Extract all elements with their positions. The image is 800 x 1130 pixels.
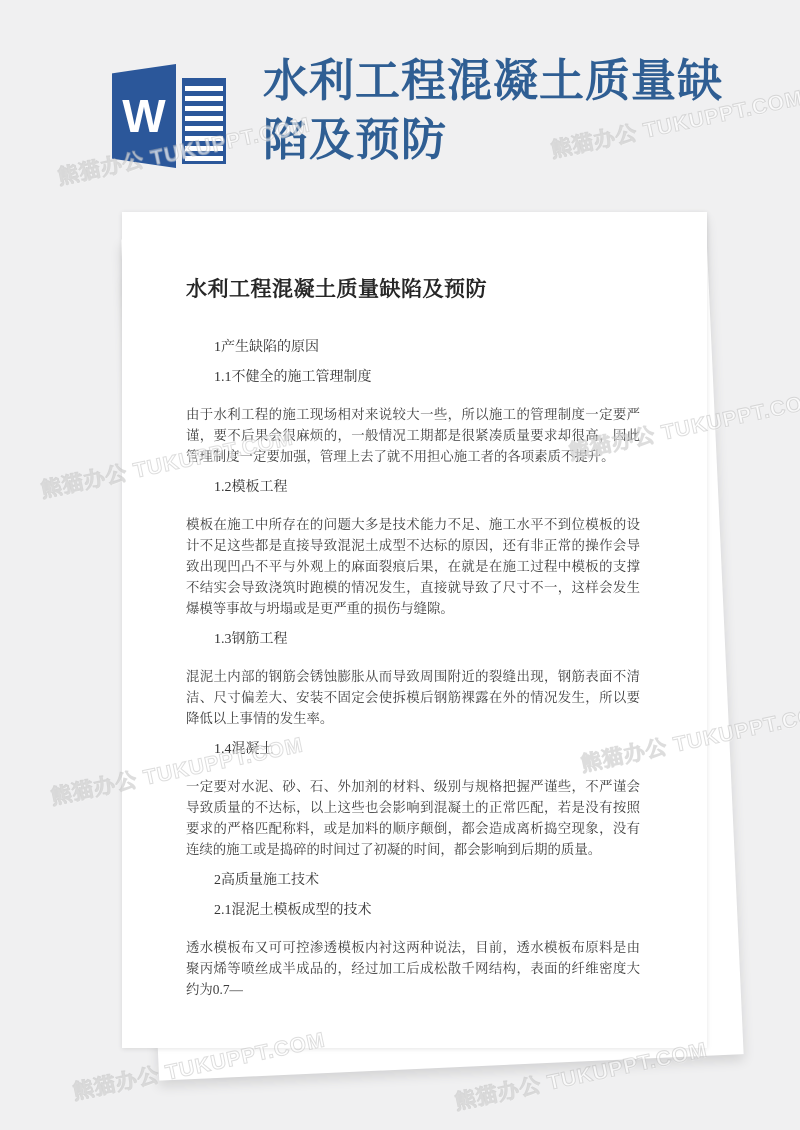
file-title: 水利工程混凝土质量缺陷及预防	[263, 52, 741, 170]
doc-heading: 1.2模板工程	[186, 478, 640, 498]
doc-paragraph: 由于水利工程的施工现场相对来说较大一些，所以施工的管理制度一定要严谨，要不后果会…	[186, 404, 640, 467]
doc-paragraph: 一定要对水泥、砂、石、外加剂的材料、级别与规格把握严谨些，不严谨会导致质量的不达…	[186, 776, 640, 860]
doc-heading: 2高质量施工技术	[186, 871, 640, 891]
doc-heading: 1.3钢筋工程	[186, 630, 640, 650]
doc-title: 水利工程混凝土质量缺陷及预防	[186, 274, 640, 304]
word-icon-letter: W	[122, 93, 165, 139]
word-icon-document-lines	[182, 78, 226, 164]
word-file-icon: W	[112, 62, 224, 170]
doc-heading: 2.1混泥土模板成型的技术	[186, 901, 640, 921]
doc-paragraph: 混泥土内部的钢筋会锈蚀膨胀从而导致周围附近的裂缝出现，钢筋表面不清洁、尺寸偏差大…	[186, 666, 640, 729]
doc-heading: 1产生缺陷的原因	[186, 338, 640, 358]
document-page: 水利工程混凝土质量缺陷及预防 1产生缺陷的原因 1.1不健全的施工管理制度 由于…	[122, 212, 707, 1048]
doc-paragraph: 透水模板布又可可控渗透模板内衬这两种说法，目前，透水模板布原料是由聚丙烯等喷丝成…	[186, 937, 640, 1000]
header: W 水利工程混凝土质量缺陷及预防	[0, 0, 800, 200]
word-icon-cover: W	[112, 64, 176, 168]
doc-heading: 1.1不健全的施工管理制度	[186, 368, 640, 388]
doc-paragraph: 模板在施工中所存在的问题大多是技术能力不足、施工水平不到位模板的设计不足这些都是…	[186, 514, 640, 619]
doc-heading: 1.4混凝土	[186, 740, 640, 760]
